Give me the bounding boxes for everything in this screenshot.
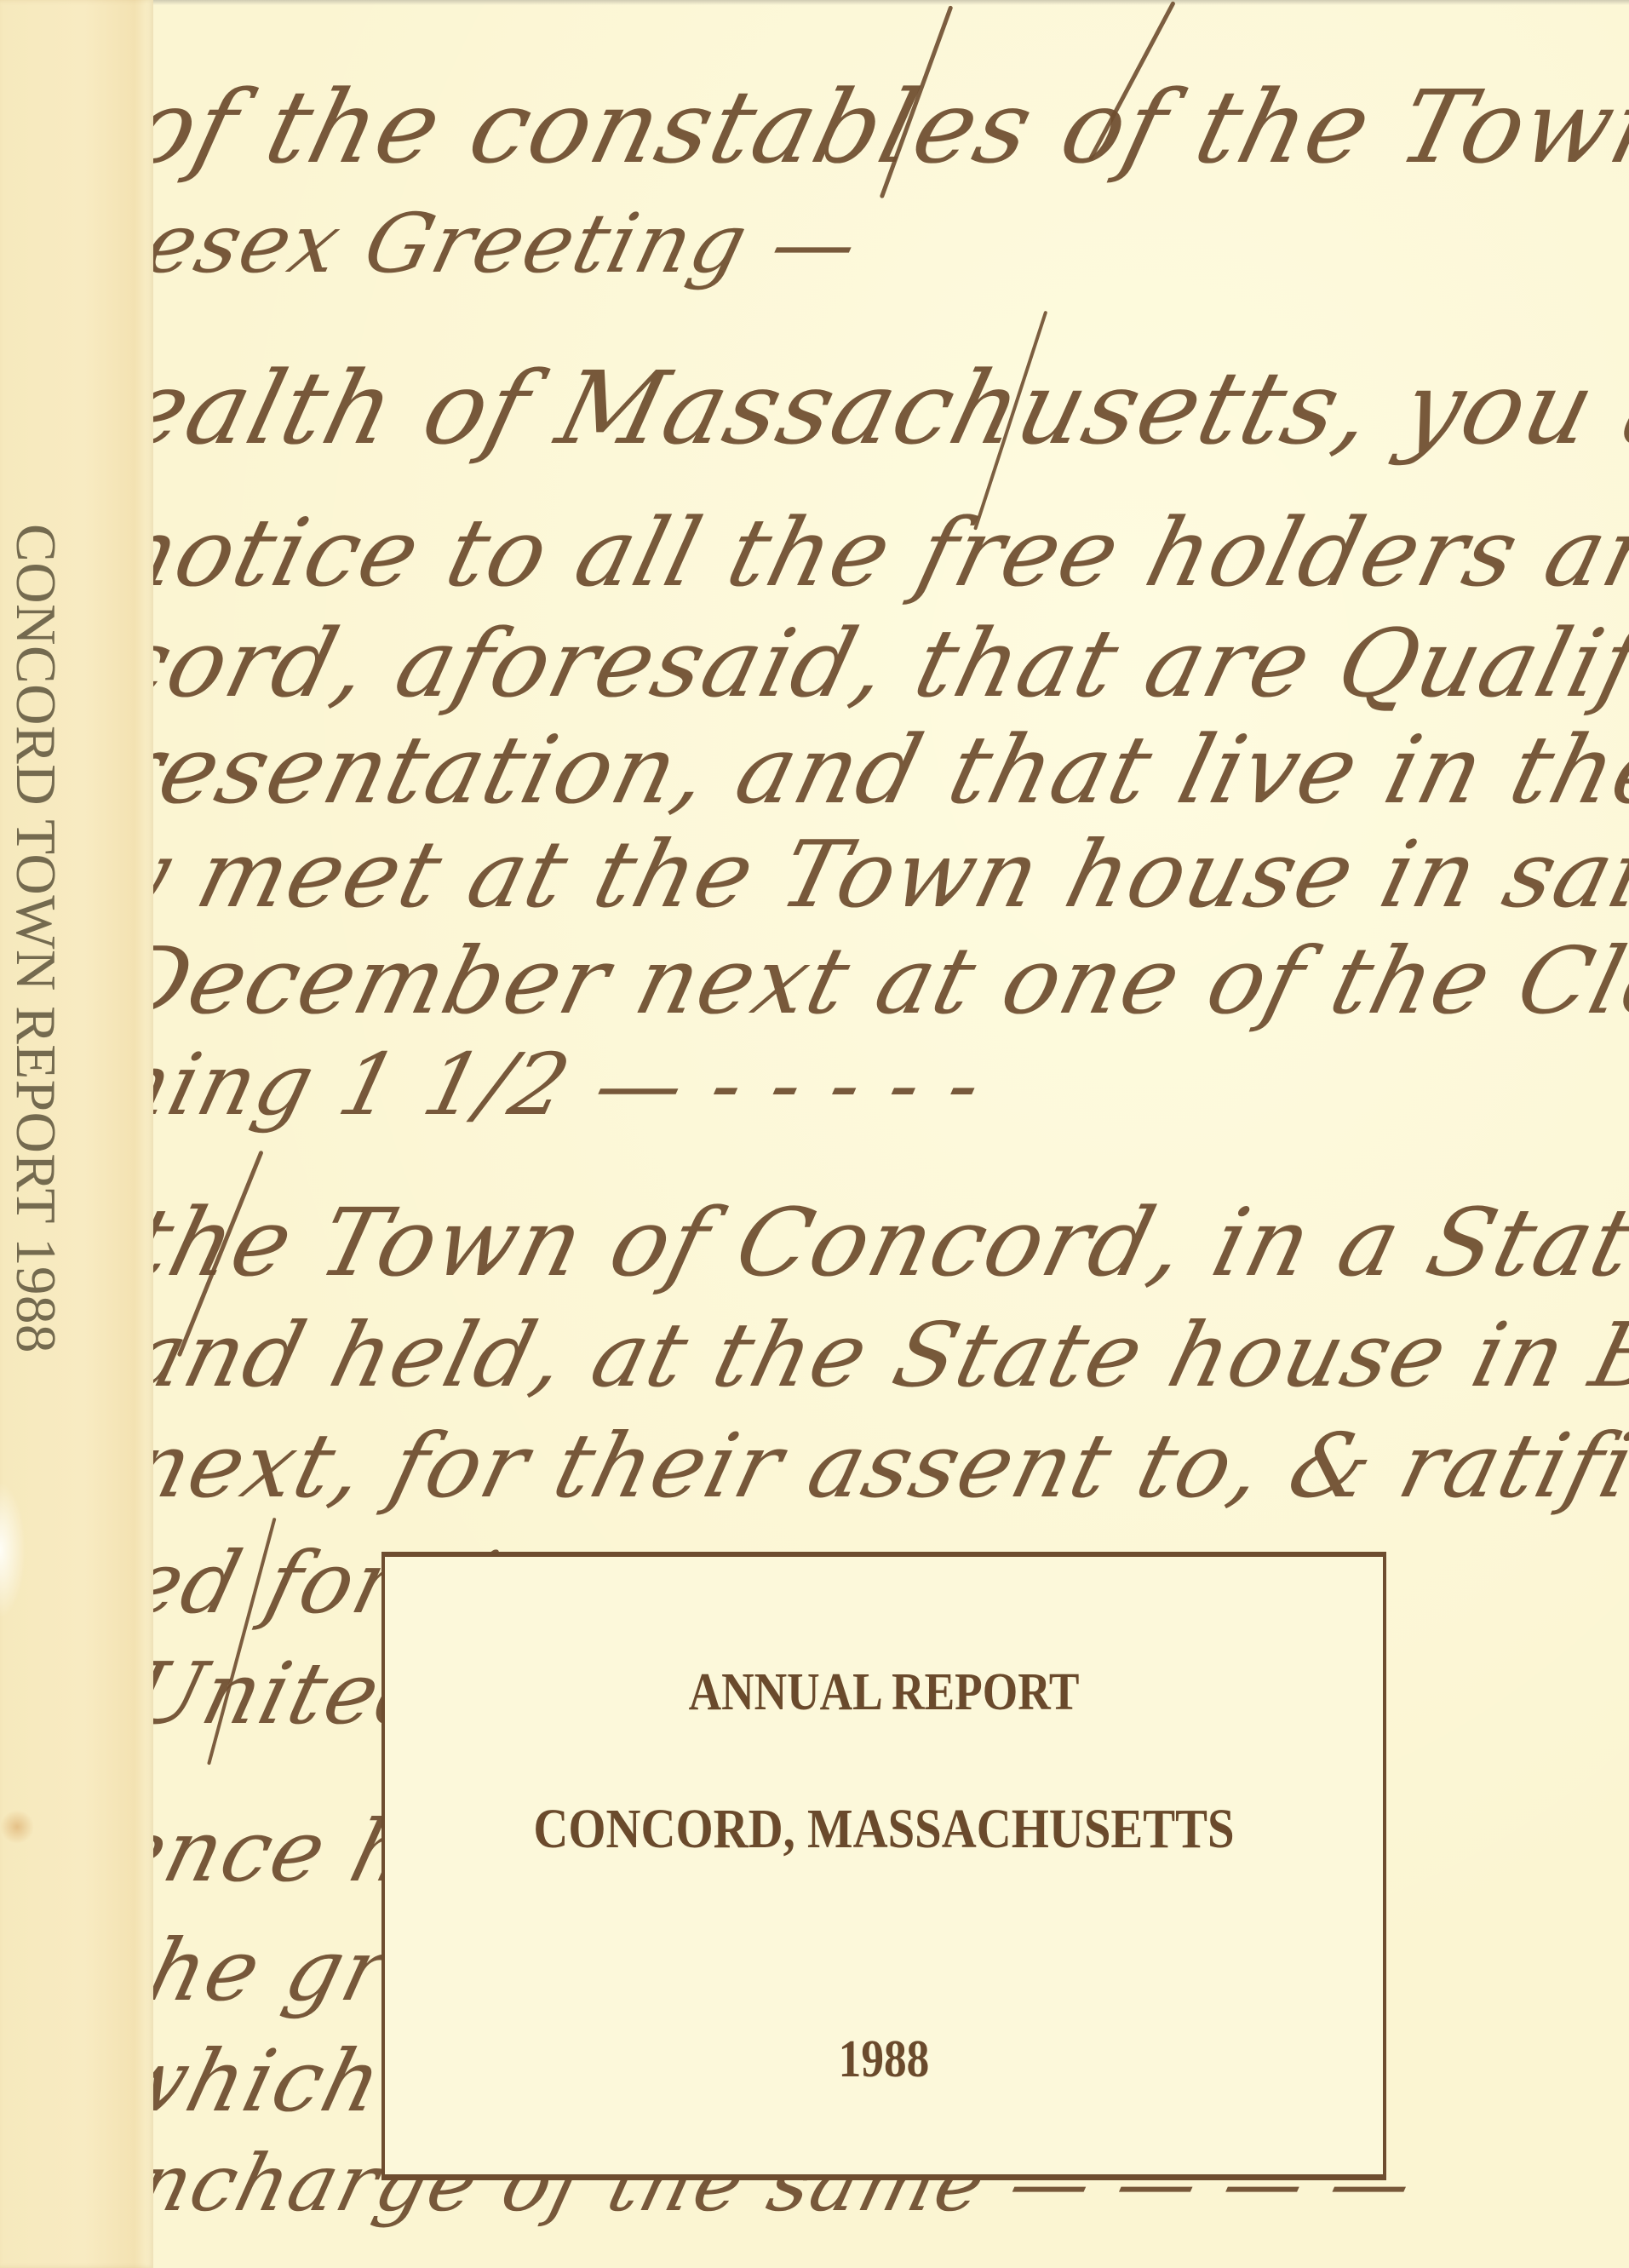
manuscript-line: December next at one of the Clock [102,928,1629,1035]
report-title: ANNUAL REPORT [455,1662,1313,1723]
manuscript-line: e of the constables of the Town of [26,68,1629,186]
report-year: 1988 [455,2030,1313,2090]
manuscript-line: the Town of Concord, in a State Con — [119,1188,1629,1297]
manuscript-line: next, for their assent to, & ratifica [119,1414,1629,1518]
page-top-edge [0,0,1629,5]
title-box: ANNUAL REPORT CONCORD, MASSACHUSETTS 198… [381,1552,1386,2180]
spine-stain [0,1810,34,1844]
manuscript-line: ning 1 1/2 — - - - - - [102,1035,993,1134]
manuscript-line: notice to all the free holders and [102,498,1629,607]
manuscript-line: resentation, and that live in the [102,715,1629,824]
town-name: CONCORD, MASSACHUSETTS [455,1797,1313,1862]
manuscript-line: wealth of Massachusetts, you are [26,349,1629,467]
manuscript-line: and held, at the State house in Boston [119,1303,1629,1407]
manuscript-line: cord, aforesaid, that are Qualified by [102,609,1629,718]
manuscript-line: y meet at the Town house in said [102,822,1629,928]
spine-title: CONCORD TOWN REPORT 1988 [10,524,61,1597]
cover-page: e of the constables of the Town of ddles… [0,0,1629,2268]
